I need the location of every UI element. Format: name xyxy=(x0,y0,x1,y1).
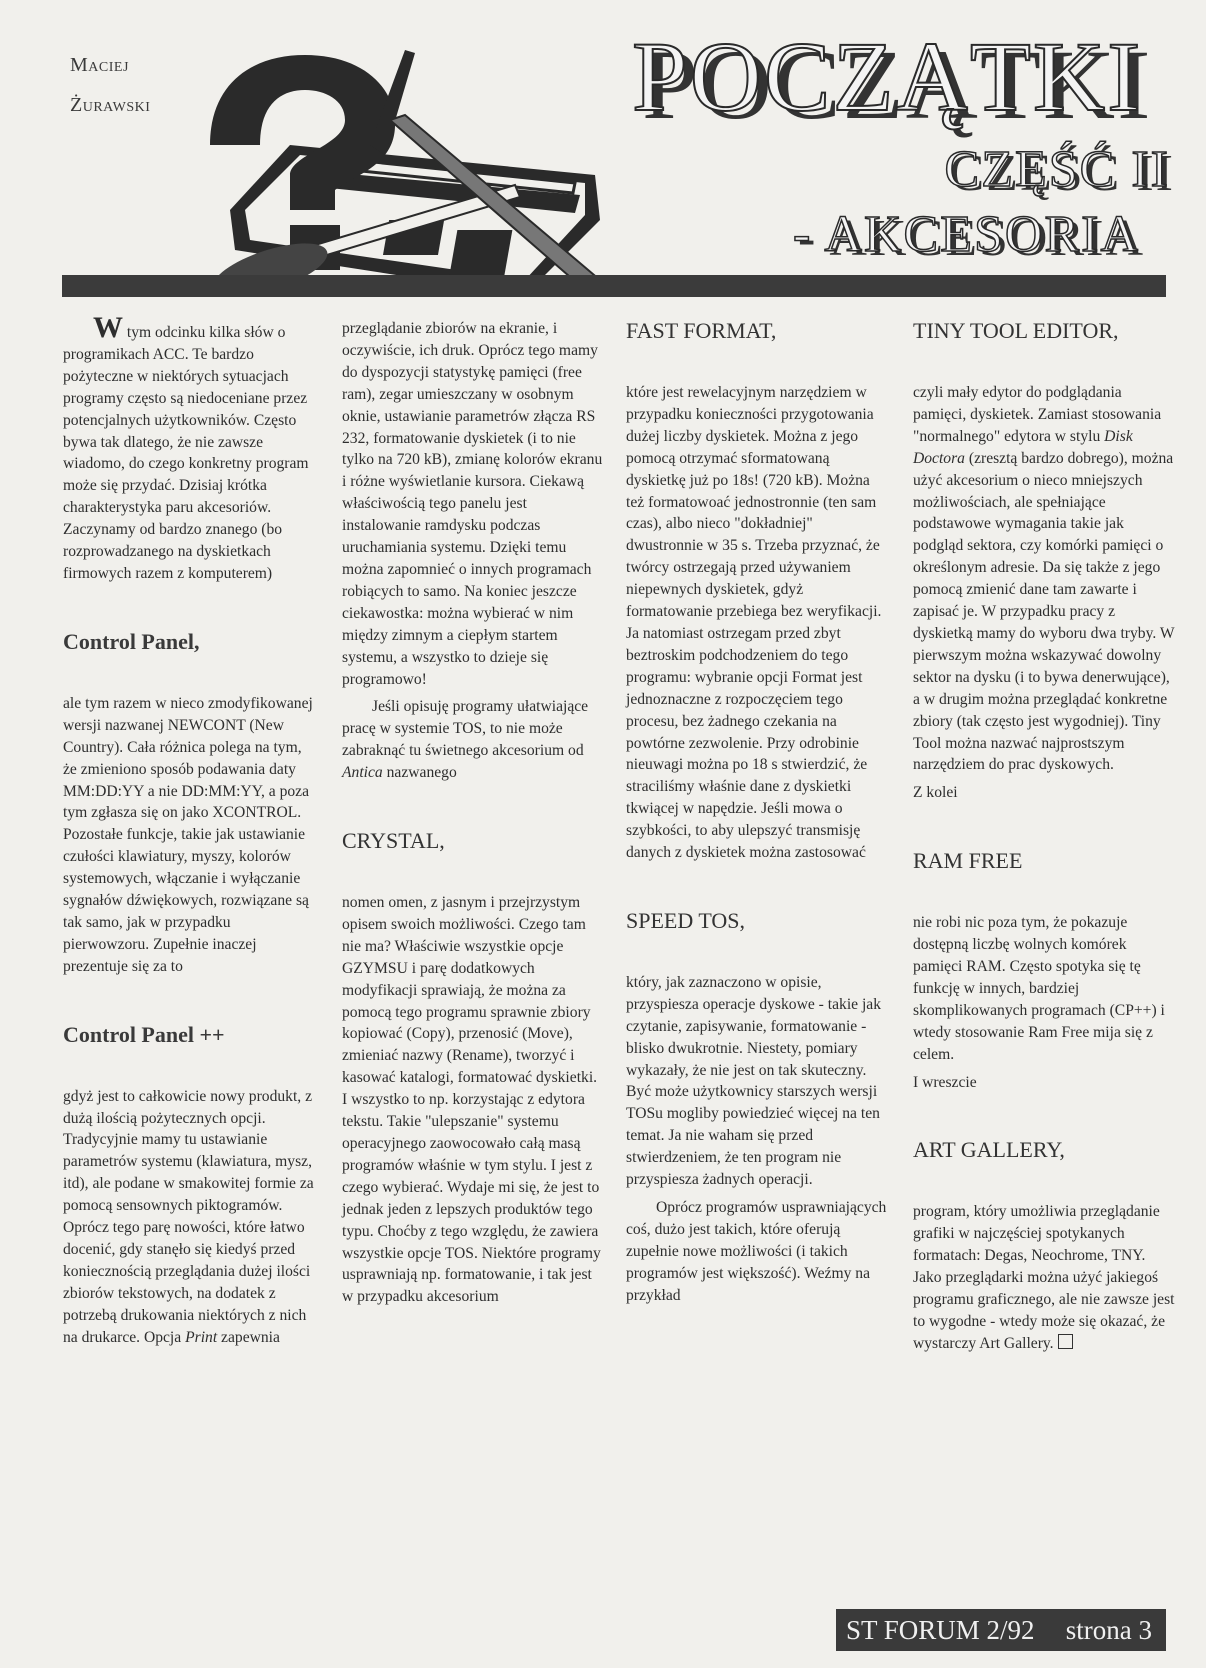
section-heading-control-panel: Control Panel, xyxy=(63,629,318,655)
header-divider-bar xyxy=(62,275,1166,297)
article-column-1: W tym odcinku kilka słów o programikach … xyxy=(63,318,318,1349)
author-first-name: Maciej xyxy=(70,45,150,85)
section-heading-art-gallery: ART GALLERY, xyxy=(913,1137,1175,1163)
section-heading-control-panel-plus: Control Panel ++ xyxy=(63,1022,318,1048)
paragraph: który, jak zaznaczono w opisie, przyspie… xyxy=(626,972,888,1191)
paragraph: gdyż jest to całkowicie nowy produkt, z … xyxy=(63,1086,318,1349)
article-subtitle-part: CZĘŚĆ II xyxy=(945,140,1170,200)
intro-paragraph: W tym odcinku kilka słów o programikach … xyxy=(63,318,318,585)
article-column-2: przeglądanie zbiorów na ekranie, i oczyw… xyxy=(342,318,604,1308)
drop-cap: W xyxy=(93,311,123,344)
author-byline: Maciej Żurawski xyxy=(70,45,150,125)
paragraph: program, który umożliwia przeglądanie gr… xyxy=(913,1201,1175,1354)
section-heading-speed-tos: SPEED TOS, xyxy=(626,908,888,934)
paragraph: czyli mały edytor do podglądania pamięci… xyxy=(913,382,1175,776)
article-subtitle-topic: - AKCESORIA xyxy=(793,205,1140,265)
paragraph: Jeśli opisuję programy ułatwiające pracę… xyxy=(342,696,604,784)
section-heading-ram-free: RAM FREE xyxy=(913,848,1175,874)
magazine-issue: ST FORUM 2/92 xyxy=(846,1609,1035,1651)
paragraph: przeglądanie zbiorów na ekranie, i oczyw… xyxy=(342,318,604,690)
page-number: strona 3 xyxy=(1066,1609,1152,1651)
section-heading-tiny-tool-editor: TINY TOOL EDITOR, xyxy=(913,318,1175,344)
paragraph: Z kolei xyxy=(913,782,1175,804)
end-of-article-box-icon xyxy=(1058,1334,1073,1349)
paragraph: nomen omen, z jasnym i przejrzystym opis… xyxy=(342,892,604,1308)
paragraph: które jest rewelacyjnym narzędziem w prz… xyxy=(626,382,888,864)
question-mark-computer-tools-icon xyxy=(195,45,600,295)
article-column-3: FAST FORMAT, które jest rewelacyjnym nar… xyxy=(626,318,888,1307)
paragraph: nie robi nic poza tym, że pokazuje dostę… xyxy=(913,912,1175,1065)
paragraph: I wreszcie xyxy=(913,1072,1175,1094)
section-heading-crystal: CRYSTAL, xyxy=(342,828,604,854)
paragraph: ale tym razem w nieco zmodyfikowanej wer… xyxy=(63,693,318,978)
article-title: POCZĄTKI xyxy=(632,22,1142,132)
article-column-4: TINY TOOL EDITOR, czyli mały edytor do p… xyxy=(913,318,1175,1355)
page-footer: ST FORUM 2/92 strona 3 xyxy=(836,1609,1166,1651)
section-heading-fast-format: FAST FORMAT, xyxy=(626,318,888,344)
paragraph: Oprócz programów usprawniających coś, du… xyxy=(626,1197,888,1307)
author-last-name: Żurawski xyxy=(70,85,150,125)
